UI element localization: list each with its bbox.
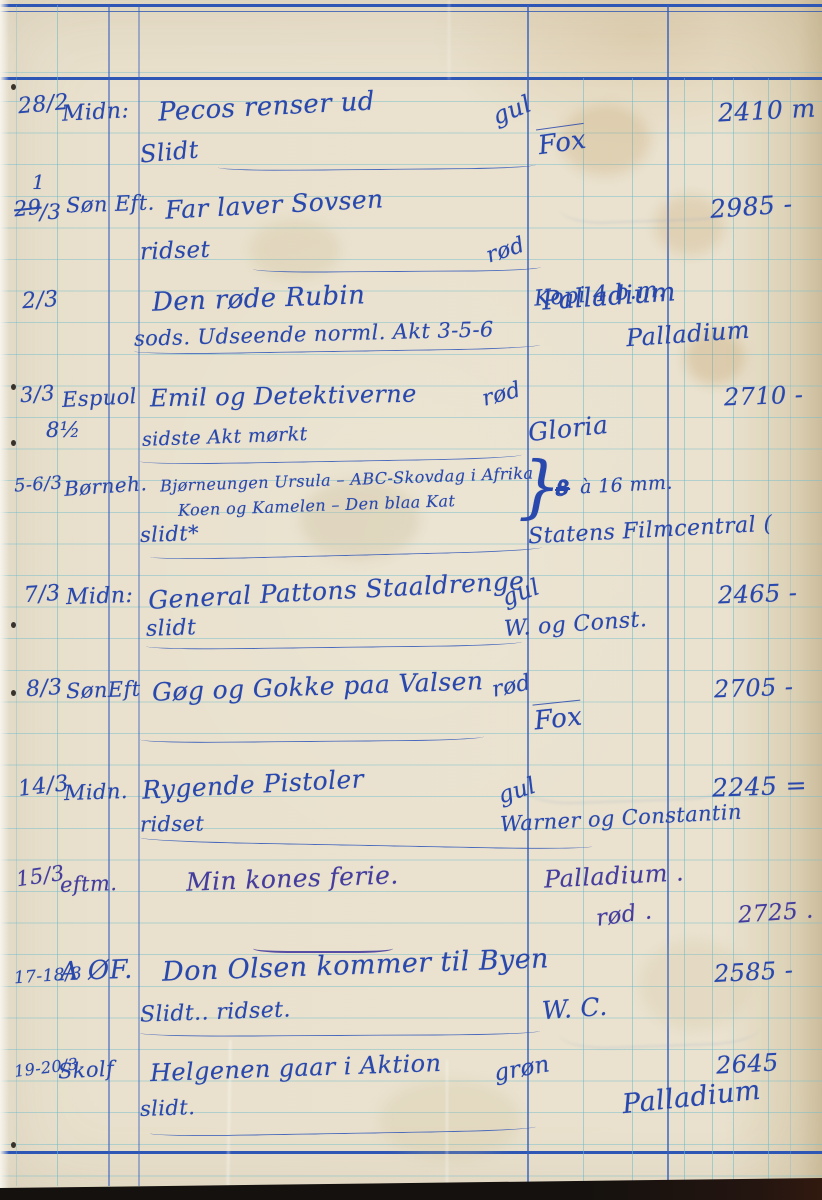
binder-hole <box>11 384 16 390</box>
entry-screening-type: Espuol <box>61 384 137 412</box>
entry-condition: slidt <box>146 615 197 642</box>
entry-time: 8½ <box>46 418 81 442</box>
top-rule-thick <box>0 4 822 7</box>
header-bottom-rule <box>0 77 822 80</box>
entry-screening-type: Søn Eft. <box>66 190 155 217</box>
entry-screening-type: eftm. <box>60 871 118 897</box>
ledger-page: 28/2 Midn: Pecos renser ud Slidt gul Fox… <box>0 0 822 1200</box>
page-gutter-edge <box>0 0 9 1200</box>
entry-amount: 2245 = <box>712 770 808 802</box>
entry-amount: 2645 <box>715 1048 779 1079</box>
entry-date: 5-6/3 <box>13 472 63 496</box>
entry-distributor: Fox <box>536 123 588 161</box>
entry-date-correction: 1 <box>32 170 45 194</box>
rule-v-edge <box>16 5 17 1186</box>
binder-hole <box>11 690 16 696</box>
binder-hole <box>11 84 16 90</box>
entry-condition: slidt* <box>140 521 200 547</box>
entry-film-title: Emil og Detektiverne <box>150 380 417 413</box>
entry-date: 8/3 <box>25 675 63 702</box>
entry-screening-type: SønEft <box>66 677 141 704</box>
entry-condition: slidt. <box>140 1095 196 1121</box>
entry-date: 3/3 <box>19 381 56 407</box>
binder-hole <box>11 440 16 446</box>
entry-gauge-struck: 8 <box>556 476 569 500</box>
entry-distributor: W. C. <box>541 992 608 1025</box>
entry-screening-type: Skolf <box>57 1057 114 1084</box>
entry-amount: 2725 . <box>737 897 814 928</box>
entry-screening-type: A ØF. <box>59 955 133 988</box>
entry-distributor: Fox <box>532 700 583 737</box>
entry-amount: 2410 m <box>717 93 816 127</box>
entry-condition: ridset <box>140 237 211 265</box>
entry-amount: 2585 - <box>713 956 794 988</box>
entry-amount: 2710 - <box>724 381 804 412</box>
paper-crease <box>448 0 450 80</box>
entry-screening-type: Midn. <box>64 779 129 805</box>
entry-condition: Slidt <box>139 135 200 168</box>
entry-date: 2/3 <box>21 287 59 314</box>
entry-amount: 2465 - <box>718 579 798 610</box>
header-cyan-rule <box>0 72 822 73</box>
entry-screening-type: Midn: <box>66 583 134 610</box>
rule-v-10 <box>790 78 791 1186</box>
entry-date: /3 <box>40 200 61 224</box>
entry-amount: 2705 - <box>714 673 794 704</box>
binder-hole <box>11 622 16 628</box>
entry-date-struck: 29 <box>13 195 43 222</box>
top-rule-thin <box>0 11 822 12</box>
entry-condition: Slidt.. ridset. <box>140 997 292 1027</box>
entry-screening-type: Midn: <box>61 98 129 126</box>
entry-date: 7/3 <box>23 581 61 608</box>
entry-condition: ridset <box>140 811 205 836</box>
rule-v-9 <box>768 78 769 1186</box>
stain <box>380 1080 520 1160</box>
binder-hole <box>11 1142 16 1148</box>
entry-amount: 2985 - <box>709 189 793 224</box>
